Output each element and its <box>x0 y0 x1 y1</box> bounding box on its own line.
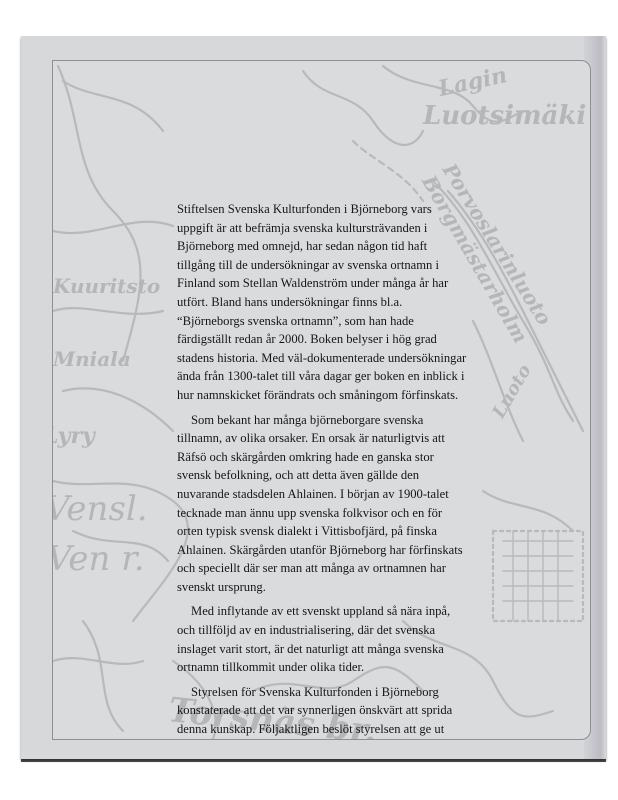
back-cover-description: Stiftelsen Svenska Kulturfonden i Björne… <box>177 200 467 740</box>
map-label-ven-r: Ven r. <box>52 539 145 579</box>
map-label-kuuritsto: Kuuritsto <box>53 274 160 298</box>
paragraph-1: Stiftelsen Svenska Kulturfonden i Björne… <box>177 200 467 405</box>
paragraph-3: Med inflytande av ett svenskt uppland så… <box>177 602 467 676</box>
cover-inner-frame: Luotsimäki Lagin Borgmästarholm Porvosla… <box>52 60 591 740</box>
paragraph-2: Som bekant har många björneborgare svens… <box>177 411 467 597</box>
map-label-mniala: Mniala <box>53 347 131 371</box>
book-back-cover: Luotsimäki Lagin Borgmästarholm Porvosla… <box>21 36 606 759</box>
paragraph-4: Styrelsen för Svenska Kulturfonden i Bjö… <box>177 683 467 740</box>
map-label-lyry: Lyry <box>52 423 95 449</box>
map-label-vensl: Vensl. <box>52 489 148 529</box>
map-label-luotsimaki: Luotsimäki <box>423 101 586 131</box>
